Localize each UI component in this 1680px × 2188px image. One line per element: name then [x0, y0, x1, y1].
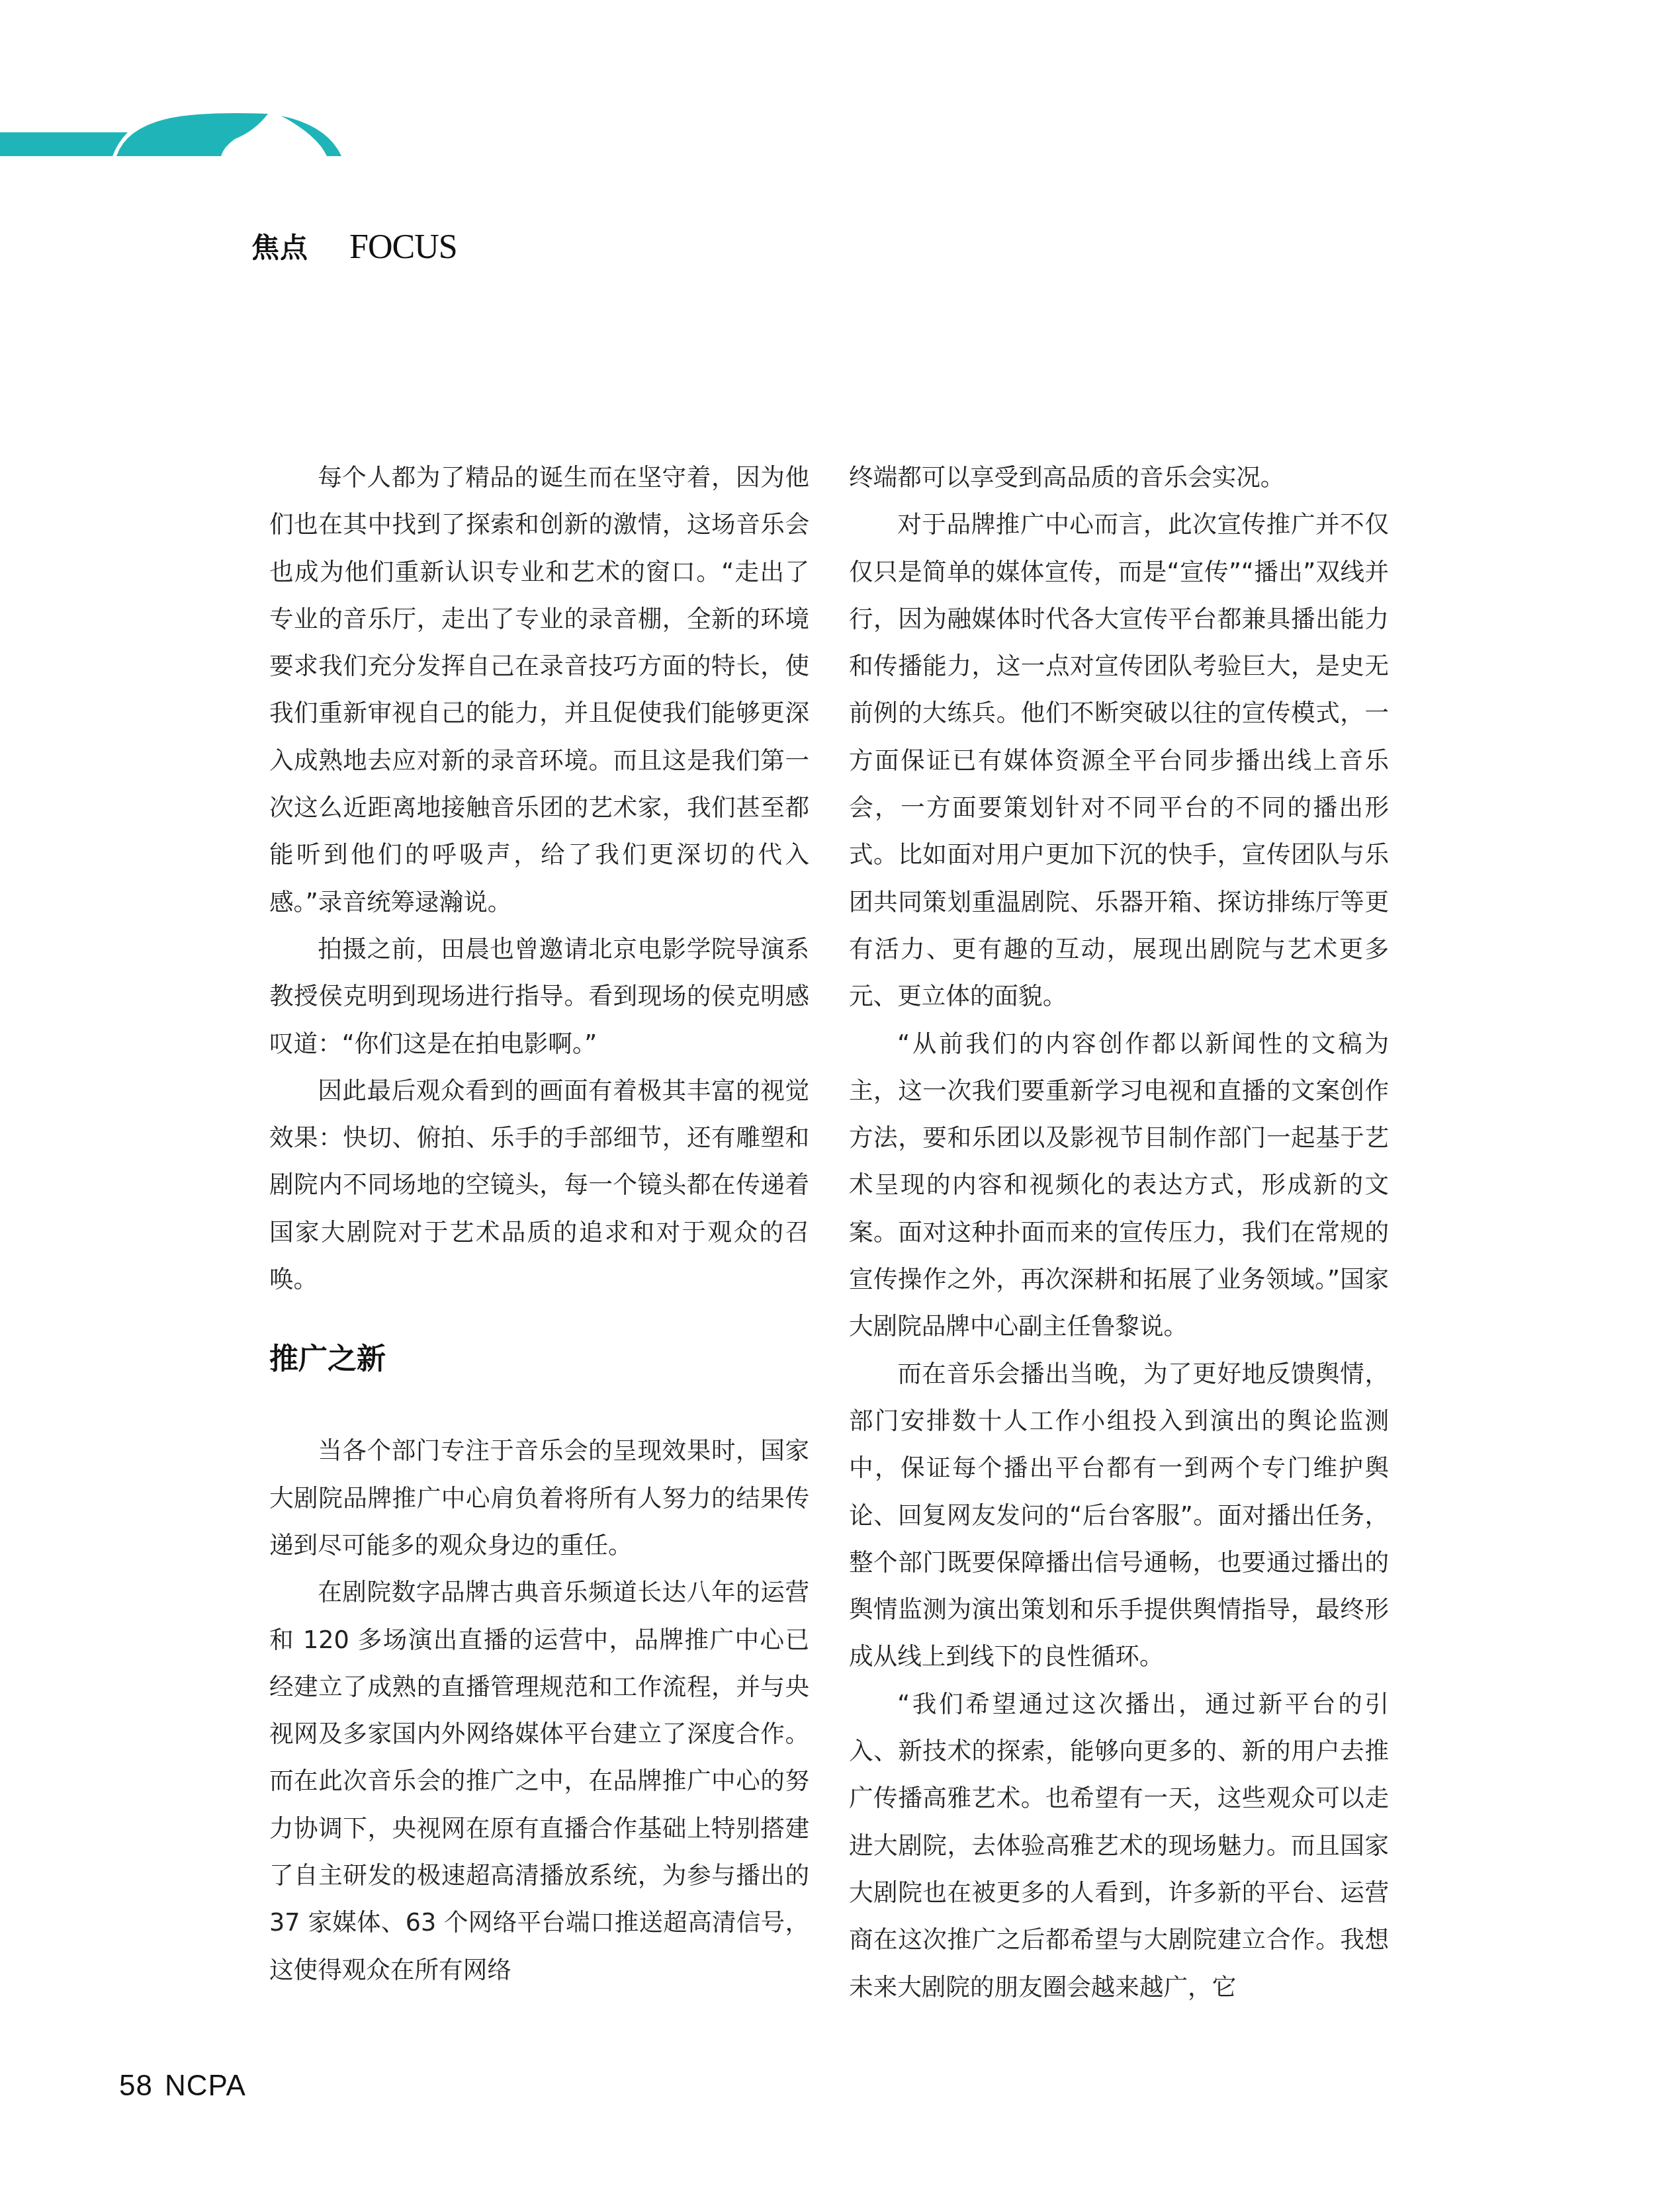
paragraph-continuation: 终端都可以享受到高品质的音乐会实况。 [849, 454, 1389, 501]
paragraph: “从前我们的内容创作都以新闻性的文稿为主，这一次我们要重新学习电视和直播的文案创… [849, 1020, 1389, 1350]
paragraph: 而在音乐会播出当晚，为了更好地反馈舆情，部门安排数十人工作小组投入到演出的舆论监… [849, 1350, 1389, 1681]
article-column-right: 终端都可以享受到高品质的音乐会实况。 对于品牌推广中心而言，此次宣传推广并不仅仅… [849, 454, 1389, 2011]
paragraph: 因此最后观众看到的画面有着极其丰富的视觉效果：快切、俯拍、乐手的手部细节，还有雕… [269, 1067, 809, 1303]
paragraph: 每个人都为了精品的诞生而在坚守着，因为他们也在其中找到了探索和创新的激情，这场音… [269, 454, 809, 926]
page-number: 58 [119, 2070, 153, 2102]
paragraph: 当各个部门专注于音乐会的呈现效果时，国家大剧院品牌推广中心肩负着将所有人努力的结… [269, 1427, 809, 1569]
article-column-left: 每个人都为了精品的诞生而在坚守着，因为他们也在其中找到了探索和创新的激情，这场音… [269, 454, 809, 1993]
paragraph: 对于品牌推广中心而言，此次宣传推广并不仅仅只是简单的媒体宣传，而是“宣传”“播出… [849, 501, 1389, 1020]
paragraph: 拍摄之前，田晨也曾邀请北京电影学院导演系教授侯克明到现场进行指导。看到现场的侯克… [269, 926, 809, 1067]
section-heading: 推广之新 [269, 1340, 809, 1379]
paragraph: “我们希望通过这次播出，通过新平台的引入、新技术的探索，能够向更多的、新的用户去… [849, 1681, 1389, 2011]
section-title-cn: 焦点 [251, 232, 308, 265]
publication-name: NCPA [165, 2070, 246, 2102]
section-header: 焦点 FOCUS [0, 106, 476, 165]
paragraph: 在剧院数字品牌古典音乐频道长达八年的运营和 120 多场演出直播的运营中，品牌推… [269, 1569, 809, 1993]
header-dome-graphic-icon [0, 106, 476, 165]
section-title-en: FOCUS [349, 229, 457, 266]
section-heading-block: 推广之新 [269, 1303, 809, 1427]
page-footer: 58NCPA [119, 2070, 246, 2103]
